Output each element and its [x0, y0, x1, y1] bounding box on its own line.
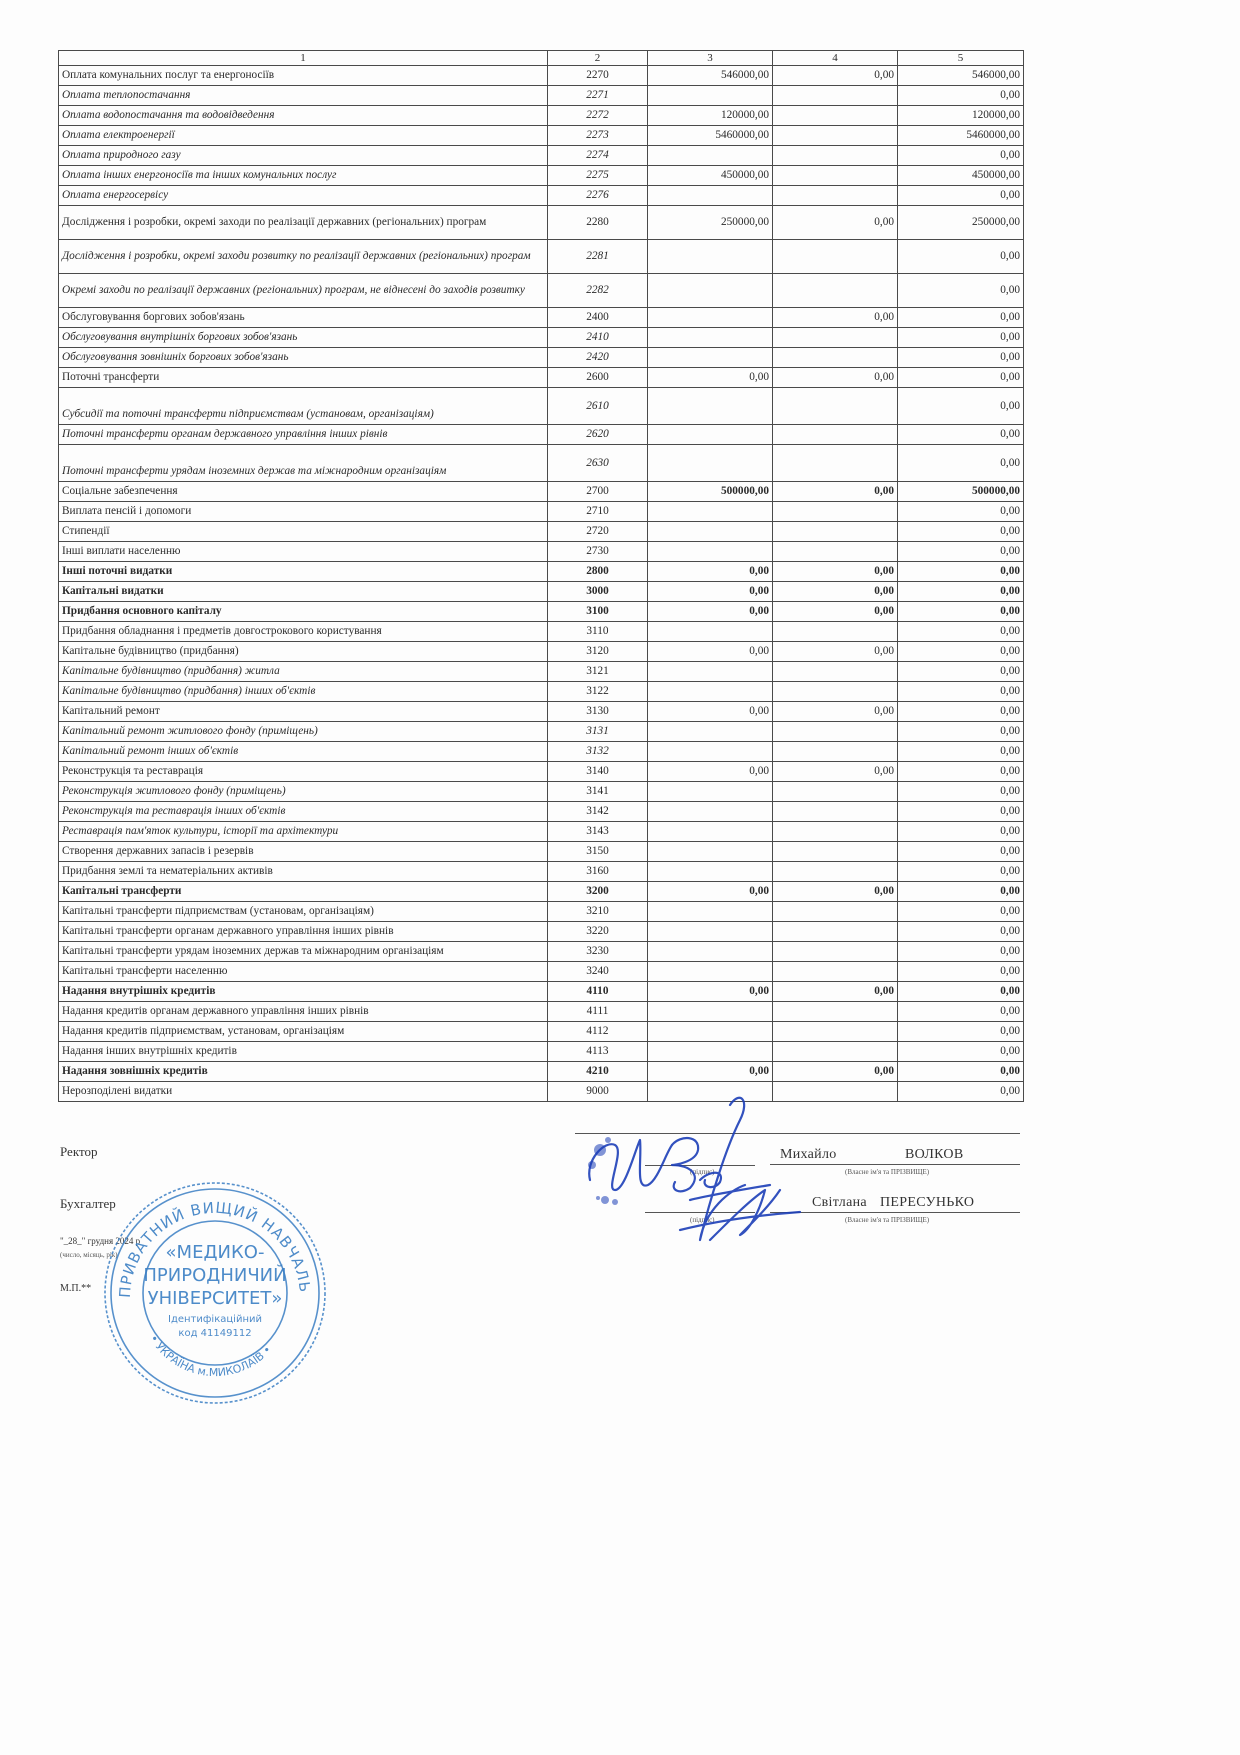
table-row: Реставрація пам'яток культури, історії т… — [59, 822, 1024, 842]
table-row: Капітальні трансферти органам державного… — [59, 922, 1024, 942]
row-name: Обслуговування зовнішніх боргових зобов'… — [59, 348, 548, 368]
accountant-last-name: ПЕРЕСУНЬКО — [880, 1195, 974, 1211]
table-row: Капітальні трансферти урядам іноземних д… — [59, 942, 1024, 962]
row-col-5: 0,00 — [898, 274, 1024, 308]
row-col-5: 0,00 — [898, 882, 1024, 902]
table-row: Поточні трансферти урядам іноземних держ… — [59, 445, 1024, 482]
table-row: Обслуговування зовнішніх боргових зобов'… — [59, 348, 1024, 368]
row-name: Інші виплати населенню — [59, 542, 548, 562]
row-col-3: 0,00 — [648, 882, 773, 902]
row-col-3 — [648, 445, 773, 482]
row-name: Капітальне будівництво (придбання) житла — [59, 662, 548, 682]
row-col-4 — [773, 348, 898, 368]
row-col-4 — [773, 502, 898, 522]
header-col-3: 3 — [648, 51, 773, 66]
row-code: 2272 — [548, 106, 648, 126]
row-col-5: 0,00 — [898, 1002, 1024, 1022]
row-col-5: 0,00 — [898, 86, 1024, 106]
row-code: 2720 — [548, 522, 648, 542]
row-col-5: 0,00 — [898, 862, 1024, 882]
table-row: Капітальне будівництво (придбання) житла… — [59, 662, 1024, 682]
row-name: Поточні трансферти урядам іноземних держ… — [59, 445, 548, 482]
row-col-3 — [648, 86, 773, 106]
row-col-3 — [648, 240, 773, 274]
row-col-3 — [648, 186, 773, 206]
row-col-3 — [648, 348, 773, 368]
row-col-3 — [648, 742, 773, 762]
table-row: Капітальне будівництво (придбання)31200,… — [59, 642, 1024, 662]
row-col-3 — [648, 1022, 773, 1042]
row-name: Інші поточні видатки — [59, 562, 548, 582]
row-code: 2800 — [548, 562, 648, 582]
row-col-5: 0,00 — [898, 762, 1024, 782]
row-col-4 — [773, 922, 898, 942]
row-col-3 — [648, 425, 773, 445]
table-row: Надання внутрішніх кредитів41100,000,000… — [59, 982, 1024, 1002]
row-col-3 — [648, 842, 773, 862]
row-name: Дослідження і розробки, окремі заходи ро… — [59, 240, 548, 274]
table-row: Оплата енергосервісу22760,00 — [59, 186, 1024, 206]
row-col-3: 0,00 — [648, 1062, 773, 1082]
row-col-3: 250000,00 — [648, 206, 773, 240]
row-name: Оплата комунальних послуг та енергоносії… — [59, 66, 548, 86]
row-col-3 — [648, 822, 773, 842]
rector-label: Ректор — [60, 1144, 97, 1160]
row-code: 4113 — [548, 1042, 648, 1062]
row-col-5: 120000,00 — [898, 106, 1024, 126]
row-code: 2710 — [548, 502, 648, 522]
row-col-3: 120000,00 — [648, 106, 773, 126]
row-code: 3143 — [548, 822, 648, 842]
row-name: Оплата водопостачання та водовідведення — [59, 106, 548, 126]
row-col-5: 0,00 — [898, 802, 1024, 822]
row-col-3: 0,00 — [648, 582, 773, 602]
row-code: 2281 — [548, 240, 648, 274]
row-code: 2282 — [548, 274, 648, 308]
row-name: Придбання основного капіталу — [59, 602, 548, 622]
row-col-3 — [648, 962, 773, 982]
row-col-4: 0,00 — [773, 308, 898, 328]
row-col-4 — [773, 106, 898, 126]
row-code: 3200 — [548, 882, 648, 902]
row-code: 2700 — [548, 482, 648, 502]
row-col-5: 0,00 — [898, 622, 1024, 642]
row-code: 2273 — [548, 126, 648, 146]
row-col-3 — [648, 388, 773, 425]
table-row: Дослідження і розробки, окремі заходи ро… — [59, 240, 1024, 274]
row-code: 2400 — [548, 308, 648, 328]
row-col-5: 0,00 — [898, 308, 1024, 328]
row-col-3 — [648, 308, 773, 328]
table-row: Реконструкція житлового фонду (приміщень… — [59, 782, 1024, 802]
table-row: Капітальний ремонт31300,000,000,00 — [59, 702, 1024, 722]
row-code: 3142 — [548, 802, 648, 822]
row-col-3 — [648, 622, 773, 642]
row-col-5: 0,00 — [898, 902, 1024, 922]
row-name: Капітальний ремонт — [59, 702, 548, 722]
row-col-5: 250000,00 — [898, 206, 1024, 240]
row-col-4 — [773, 445, 898, 482]
row-code: 3121 — [548, 662, 648, 682]
row-col-3 — [648, 274, 773, 308]
row-name: Капітальний ремонт житлового фонду (прим… — [59, 722, 548, 742]
row-code: 3132 — [548, 742, 648, 762]
row-col-3: 0,00 — [648, 982, 773, 1002]
svg-text:код 41149112: код 41149112 — [178, 1328, 251, 1339]
row-name: Оплата електроенергії — [59, 126, 548, 146]
row-col-4 — [773, 802, 898, 822]
row-name: Нерозподілені видатки — [59, 1082, 548, 1102]
row-code: 2620 — [548, 425, 648, 445]
row-col-5: 0,00 — [898, 662, 1024, 682]
row-col-4: 0,00 — [773, 642, 898, 662]
row-code: 3120 — [548, 642, 648, 662]
table-row: Стипендії27200,00 — [59, 522, 1024, 542]
row-col-4 — [773, 962, 898, 982]
row-code: 2600 — [548, 368, 648, 388]
row-name: Капітальне будівництво (придбання) інших… — [59, 682, 548, 702]
row-name: Надання внутрішніх кредитів — [59, 982, 548, 1002]
table-row: Надання інших внутрішніх кредитів41130,0… — [59, 1042, 1024, 1062]
row-col-4 — [773, 542, 898, 562]
row-name: Капітальні видатки — [59, 582, 548, 602]
row-name: Надання кредитів органам державного упра… — [59, 1002, 548, 1022]
row-name: Оплата теплопостачання — [59, 86, 548, 106]
row-col-3 — [648, 862, 773, 882]
row-code: 2271 — [548, 86, 648, 106]
row-code: 2610 — [548, 388, 648, 425]
rector-last-name: ВОЛКОВ — [905, 1147, 963, 1163]
row-name: Капітальні трансферти урядам іноземних д… — [59, 942, 548, 962]
row-code: 3141 — [548, 782, 648, 802]
row-col-5: 0,00 — [898, 146, 1024, 166]
row-name: Придбання землі та нематеріальних активі… — [59, 862, 548, 882]
row-col-4 — [773, 522, 898, 542]
table-row: Оплата природного газу22740,00 — [59, 146, 1024, 166]
row-col-5: 0,00 — [898, 542, 1024, 562]
row-col-4: 0,00 — [773, 982, 898, 1002]
row-code: 4112 — [548, 1022, 648, 1042]
row-col-4 — [773, 862, 898, 882]
row-code: 2420 — [548, 348, 648, 368]
table-row: Надання кредитів підприємствам, установа… — [59, 1022, 1024, 1042]
row-col-4 — [773, 662, 898, 682]
table-header-row: 1 2 3 4 5 — [59, 51, 1024, 66]
row-name: Придбання обладнання і предметів довгост… — [59, 622, 548, 642]
table-row: Капітальні видатки30000,000,000,00 — [59, 582, 1024, 602]
table-row: Оплата водопостачання та водовідведення2… — [59, 106, 1024, 126]
accountant-name-caption: (Власне ім'я та ПРІЗВИЩЕ) — [845, 1216, 929, 1224]
row-col-4 — [773, 240, 898, 274]
row-name: Капітальні трансферти населенню — [59, 962, 548, 982]
row-col-5: 0,00 — [898, 368, 1024, 388]
table-row: Дослідження і розробки, окремі заходи по… — [59, 206, 1024, 240]
row-col-4 — [773, 782, 898, 802]
row-col-4 — [773, 742, 898, 762]
row-col-5: 0,00 — [898, 1062, 1024, 1082]
row-name: Окремі заходи по реалізації державних (р… — [59, 274, 548, 308]
row-col-5: 0,00 — [898, 425, 1024, 445]
row-col-3 — [648, 902, 773, 922]
table-row: Оплата комунальних послуг та енергоносії… — [59, 66, 1024, 86]
table-row: Реконструкція та реставрація інших об'єк… — [59, 802, 1024, 822]
row-col-4: 0,00 — [773, 762, 898, 782]
row-name: Капітальні трансферти органам державного… — [59, 922, 548, 942]
header-col-2: 2 — [548, 51, 648, 66]
row-name: Оплата інших енергоносіїв та інших комун… — [59, 166, 548, 186]
table-row: Обслуговування внутрішніх боргових зобов… — [59, 328, 1024, 348]
row-name: Обслуговування боргових зобов'язань — [59, 308, 548, 328]
row-name: Оплата природного газу — [59, 146, 548, 166]
row-code: 3110 — [548, 622, 648, 642]
row-code: 2275 — [548, 166, 648, 186]
row-col-4: 0,00 — [773, 582, 898, 602]
row-col-5: 0,00 — [898, 602, 1024, 622]
row-col-3 — [648, 682, 773, 702]
row-code: 3150 — [548, 842, 648, 862]
row-col-5: 0,00 — [898, 562, 1024, 582]
table-row: Оплата інших енергоносіїв та інших комун… — [59, 166, 1024, 186]
table-row: Надання кредитів органам державного упра… — [59, 1002, 1024, 1022]
row-col-4 — [773, 425, 898, 445]
row-col-5: 0,00 — [898, 522, 1024, 542]
row-col-3 — [648, 662, 773, 682]
row-col-5: 450000,00 — [898, 166, 1024, 186]
row-name: Реконструкція житлового фонду (приміщень… — [59, 782, 548, 802]
row-col-5: 0,00 — [898, 702, 1024, 722]
document-page: 1 2 3 4 5 Оплата комунальних послуг та е… — [0, 0, 1240, 1755]
row-col-5: 0,00 — [898, 445, 1024, 482]
row-col-4 — [773, 126, 898, 146]
row-code: 3000 — [548, 582, 648, 602]
row-name: Оплата енергосервісу — [59, 186, 548, 206]
table-row: Виплата пенсій і допомоги27100,00 — [59, 502, 1024, 522]
row-name: Надання кредитів підприємствам, установа… — [59, 1022, 548, 1042]
row-code: 3220 — [548, 922, 648, 942]
table-row: Нерозподілені видатки90000,00 — [59, 1082, 1024, 1102]
row-col-3 — [648, 942, 773, 962]
row-code: 3230 — [548, 942, 648, 962]
row-col-4 — [773, 1002, 898, 1022]
row-col-5: 0,00 — [898, 922, 1024, 942]
row-col-4 — [773, 186, 898, 206]
row-col-3: 0,00 — [648, 762, 773, 782]
row-col-3: 5460000,00 — [648, 126, 773, 146]
row-col-3: 0,00 — [648, 702, 773, 722]
header-col-4: 4 — [773, 51, 898, 66]
row-code: 3100 — [548, 602, 648, 622]
row-col-5: 0,00 — [898, 822, 1024, 842]
table-row: Інші поточні видатки28000,000,000,00 — [59, 562, 1024, 582]
row-col-5: 500000,00 — [898, 482, 1024, 502]
row-name: Капітальне будівництво (придбання) — [59, 642, 548, 662]
table-row: Придбання обладнання і предметів довгост… — [59, 622, 1024, 642]
row-code: 2280 — [548, 206, 648, 240]
table-row: Капітальне будівництво (придбання) інших… — [59, 682, 1024, 702]
table-row: Інші виплати населенню27300,00 — [59, 542, 1024, 562]
row-code: 3210 — [548, 902, 648, 922]
row-code: 2410 — [548, 328, 648, 348]
row-code: 4111 — [548, 1002, 648, 1022]
row-name: Субсидії та поточні трансферти підприємс… — [59, 388, 548, 425]
table-row: Соціальне забезпечення2700500000,000,005… — [59, 482, 1024, 502]
row-col-5: 0,00 — [898, 682, 1024, 702]
row-col-4 — [773, 942, 898, 962]
row-name: Дослідження і розробки, окремі заходи по… — [59, 206, 548, 240]
row-col-3 — [648, 722, 773, 742]
rector-name-caption: (Власне ім'я та ПРІЗВИЩЕ) — [845, 1168, 929, 1176]
row-col-4: 0,00 — [773, 206, 898, 240]
table-row: Придбання основного капіталу31000,000,00… — [59, 602, 1024, 622]
svg-text:«МЕДИКО-: «МЕДИКО- — [166, 1242, 265, 1263]
row-code: 2274 — [548, 146, 648, 166]
row-name: Поточні трансферти органам державного уп… — [59, 425, 548, 445]
university-stamp-icon: ПРИВАТНИЙ ВИЩИЙ НАВЧАЛЬНИЙ ЗАКЛАД • УКРА… — [100, 1178, 330, 1408]
row-col-5: 0,00 — [898, 722, 1024, 742]
row-name: Реконструкція та реставрація — [59, 762, 548, 782]
row-code: 3130 — [548, 702, 648, 722]
row-name: Створення державних запасів і резервів — [59, 842, 548, 862]
row-code: 2270 — [548, 66, 648, 86]
table-row: Обслуговування боргових зобов'язань24000… — [59, 308, 1024, 328]
svg-text:Ідентифікаційний: Ідентифікаційний — [168, 1313, 262, 1325]
row-name: Соціальне забезпечення — [59, 482, 548, 502]
row-code: 2276 — [548, 186, 648, 206]
row-code: 4210 — [548, 1062, 648, 1082]
table-row: Поточні трансферти органам державного уп… — [59, 425, 1024, 445]
row-name: Стипендії — [59, 522, 548, 542]
row-col-5: 5460000,00 — [898, 126, 1024, 146]
row-name: Реконструкція та реставрація інших об'єк… — [59, 802, 548, 822]
row-col-4 — [773, 1022, 898, 1042]
row-col-5: 0,00 — [898, 328, 1024, 348]
row-col-4: 0,00 — [773, 482, 898, 502]
table-row: Поточні трансферти26000,000,000,00 — [59, 368, 1024, 388]
row-col-5: 0,00 — [898, 186, 1024, 206]
row-col-5: 546000,00 — [898, 66, 1024, 86]
row-col-3: 500000,00 — [648, 482, 773, 502]
row-col-4: 0,00 — [773, 562, 898, 582]
row-name: Обслуговування внутрішніх боргових зобов… — [59, 328, 548, 348]
row-col-3: 450000,00 — [648, 166, 773, 186]
row-col-4: 0,00 — [773, 1062, 898, 1082]
row-name: Капітальний ремонт інших об'єктів — [59, 742, 548, 762]
row-col-5: 0,00 — [898, 782, 1024, 802]
row-name: Надання зовнішніх кредитів — [59, 1062, 548, 1082]
row-code: 3140 — [548, 762, 648, 782]
table-row: Капітальні трансферти32000,000,000,00 — [59, 882, 1024, 902]
row-name: Капітальні трансферти — [59, 882, 548, 902]
row-col-5: 0,00 — [898, 1022, 1024, 1042]
row-col-5: 0,00 — [898, 642, 1024, 662]
row-col-4 — [773, 902, 898, 922]
budget-table: 1 2 3 4 5 Оплата комунальних послуг та е… — [58, 50, 1024, 1102]
row-name: Надання інших внутрішніх кредитів — [59, 1042, 548, 1062]
row-name: Поточні трансферти — [59, 368, 548, 388]
row-col-3 — [648, 1002, 773, 1022]
row-col-4 — [773, 842, 898, 862]
row-code: 2630 — [548, 445, 648, 482]
row-col-3: 0,00 — [648, 642, 773, 662]
seal-label: М.П.** — [60, 1283, 91, 1294]
row-col-4 — [773, 682, 898, 702]
row-col-4 — [773, 86, 898, 106]
row-col-4 — [773, 822, 898, 842]
row-col-5: 0,00 — [898, 982, 1024, 1002]
row-col-3 — [648, 802, 773, 822]
table-row: Надання зовнішніх кредитів42100,000,000,… — [59, 1062, 1024, 1082]
header-col-5: 5 — [898, 51, 1024, 66]
row-col-4: 0,00 — [773, 882, 898, 902]
row-col-4: 0,00 — [773, 66, 898, 86]
row-col-3: 0,00 — [648, 602, 773, 622]
row-col-3 — [648, 328, 773, 348]
row-col-3 — [648, 502, 773, 522]
row-col-5: 0,00 — [898, 388, 1024, 425]
row-col-5: 0,00 — [898, 348, 1024, 368]
row-col-5: 0,00 — [898, 1042, 1024, 1062]
row-col-3 — [648, 922, 773, 942]
row-name: Капітальні трансферти підприємствам (уст… — [59, 902, 548, 922]
row-col-4 — [773, 274, 898, 308]
row-col-3 — [648, 146, 773, 166]
row-code: 3240 — [548, 962, 648, 982]
row-code: 3131 — [548, 722, 648, 742]
row-col-5: 0,00 — [898, 240, 1024, 274]
svg-text:• УКРАЇНА м.МИКОЛАЇВ •: • УКРАЇНА м.МИКОЛАЇВ • — [147, 1333, 274, 1380]
row-col-4: 0,00 — [773, 702, 898, 722]
row-col-4 — [773, 328, 898, 348]
handwritten-signature-icon — [580, 1090, 840, 1260]
table-row: Капітальний ремонт інших об'єктів31320,0… — [59, 742, 1024, 762]
row-name: Виплата пенсій і допомоги — [59, 502, 548, 522]
row-col-5: 0,00 — [898, 942, 1024, 962]
row-col-4 — [773, 1042, 898, 1062]
table-row: Окремі заходи по реалізації державних (р… — [59, 274, 1024, 308]
row-col-4 — [773, 146, 898, 166]
header-col-1: 1 — [59, 51, 548, 66]
row-col-5: 0,00 — [898, 502, 1024, 522]
row-col-3 — [648, 522, 773, 542]
table-row: Оплата електроенергії22735460000,0054600… — [59, 126, 1024, 146]
row-col-4 — [773, 388, 898, 425]
row-col-3 — [648, 542, 773, 562]
row-col-3: 0,00 — [648, 368, 773, 388]
row-col-5: 0,00 — [898, 842, 1024, 862]
svg-text:ПРИРОДНИЧИЙ: ПРИРОДНИЧИЙ — [143, 1264, 286, 1286]
svg-text:УНІВЕРСИТЕТ»: УНІВЕРСИТЕТ» — [148, 1288, 283, 1309]
row-col-4 — [773, 722, 898, 742]
row-col-3 — [648, 1042, 773, 1062]
table-row: Придбання землі та нематеріальних активі… — [59, 862, 1024, 882]
table-row: Капітальний ремонт житлового фонду (прим… — [59, 722, 1024, 742]
row-code: 2730 — [548, 542, 648, 562]
row-col-4: 0,00 — [773, 368, 898, 388]
row-col-3 — [648, 782, 773, 802]
row-col-5: 0,00 — [898, 582, 1024, 602]
table-row: Реконструкція та реставрація31400,000,00… — [59, 762, 1024, 782]
row-col-5: 0,00 — [898, 962, 1024, 982]
table-row: Капітальні трансферти населенню32400,00 — [59, 962, 1024, 982]
row-code: 4110 — [548, 982, 648, 1002]
row-col-4 — [773, 622, 898, 642]
table-row: Оплата теплопостачання22710,00 — [59, 86, 1024, 106]
row-name: Реставрація пам'яток культури, історії т… — [59, 822, 548, 842]
table-row: Створення державних запасів і резервів31… — [59, 842, 1024, 862]
row-col-5: 0,00 — [898, 742, 1024, 762]
table-row: Капітальні трансферти підприємствам (уст… — [59, 902, 1024, 922]
row-col-3: 546000,00 — [648, 66, 773, 86]
